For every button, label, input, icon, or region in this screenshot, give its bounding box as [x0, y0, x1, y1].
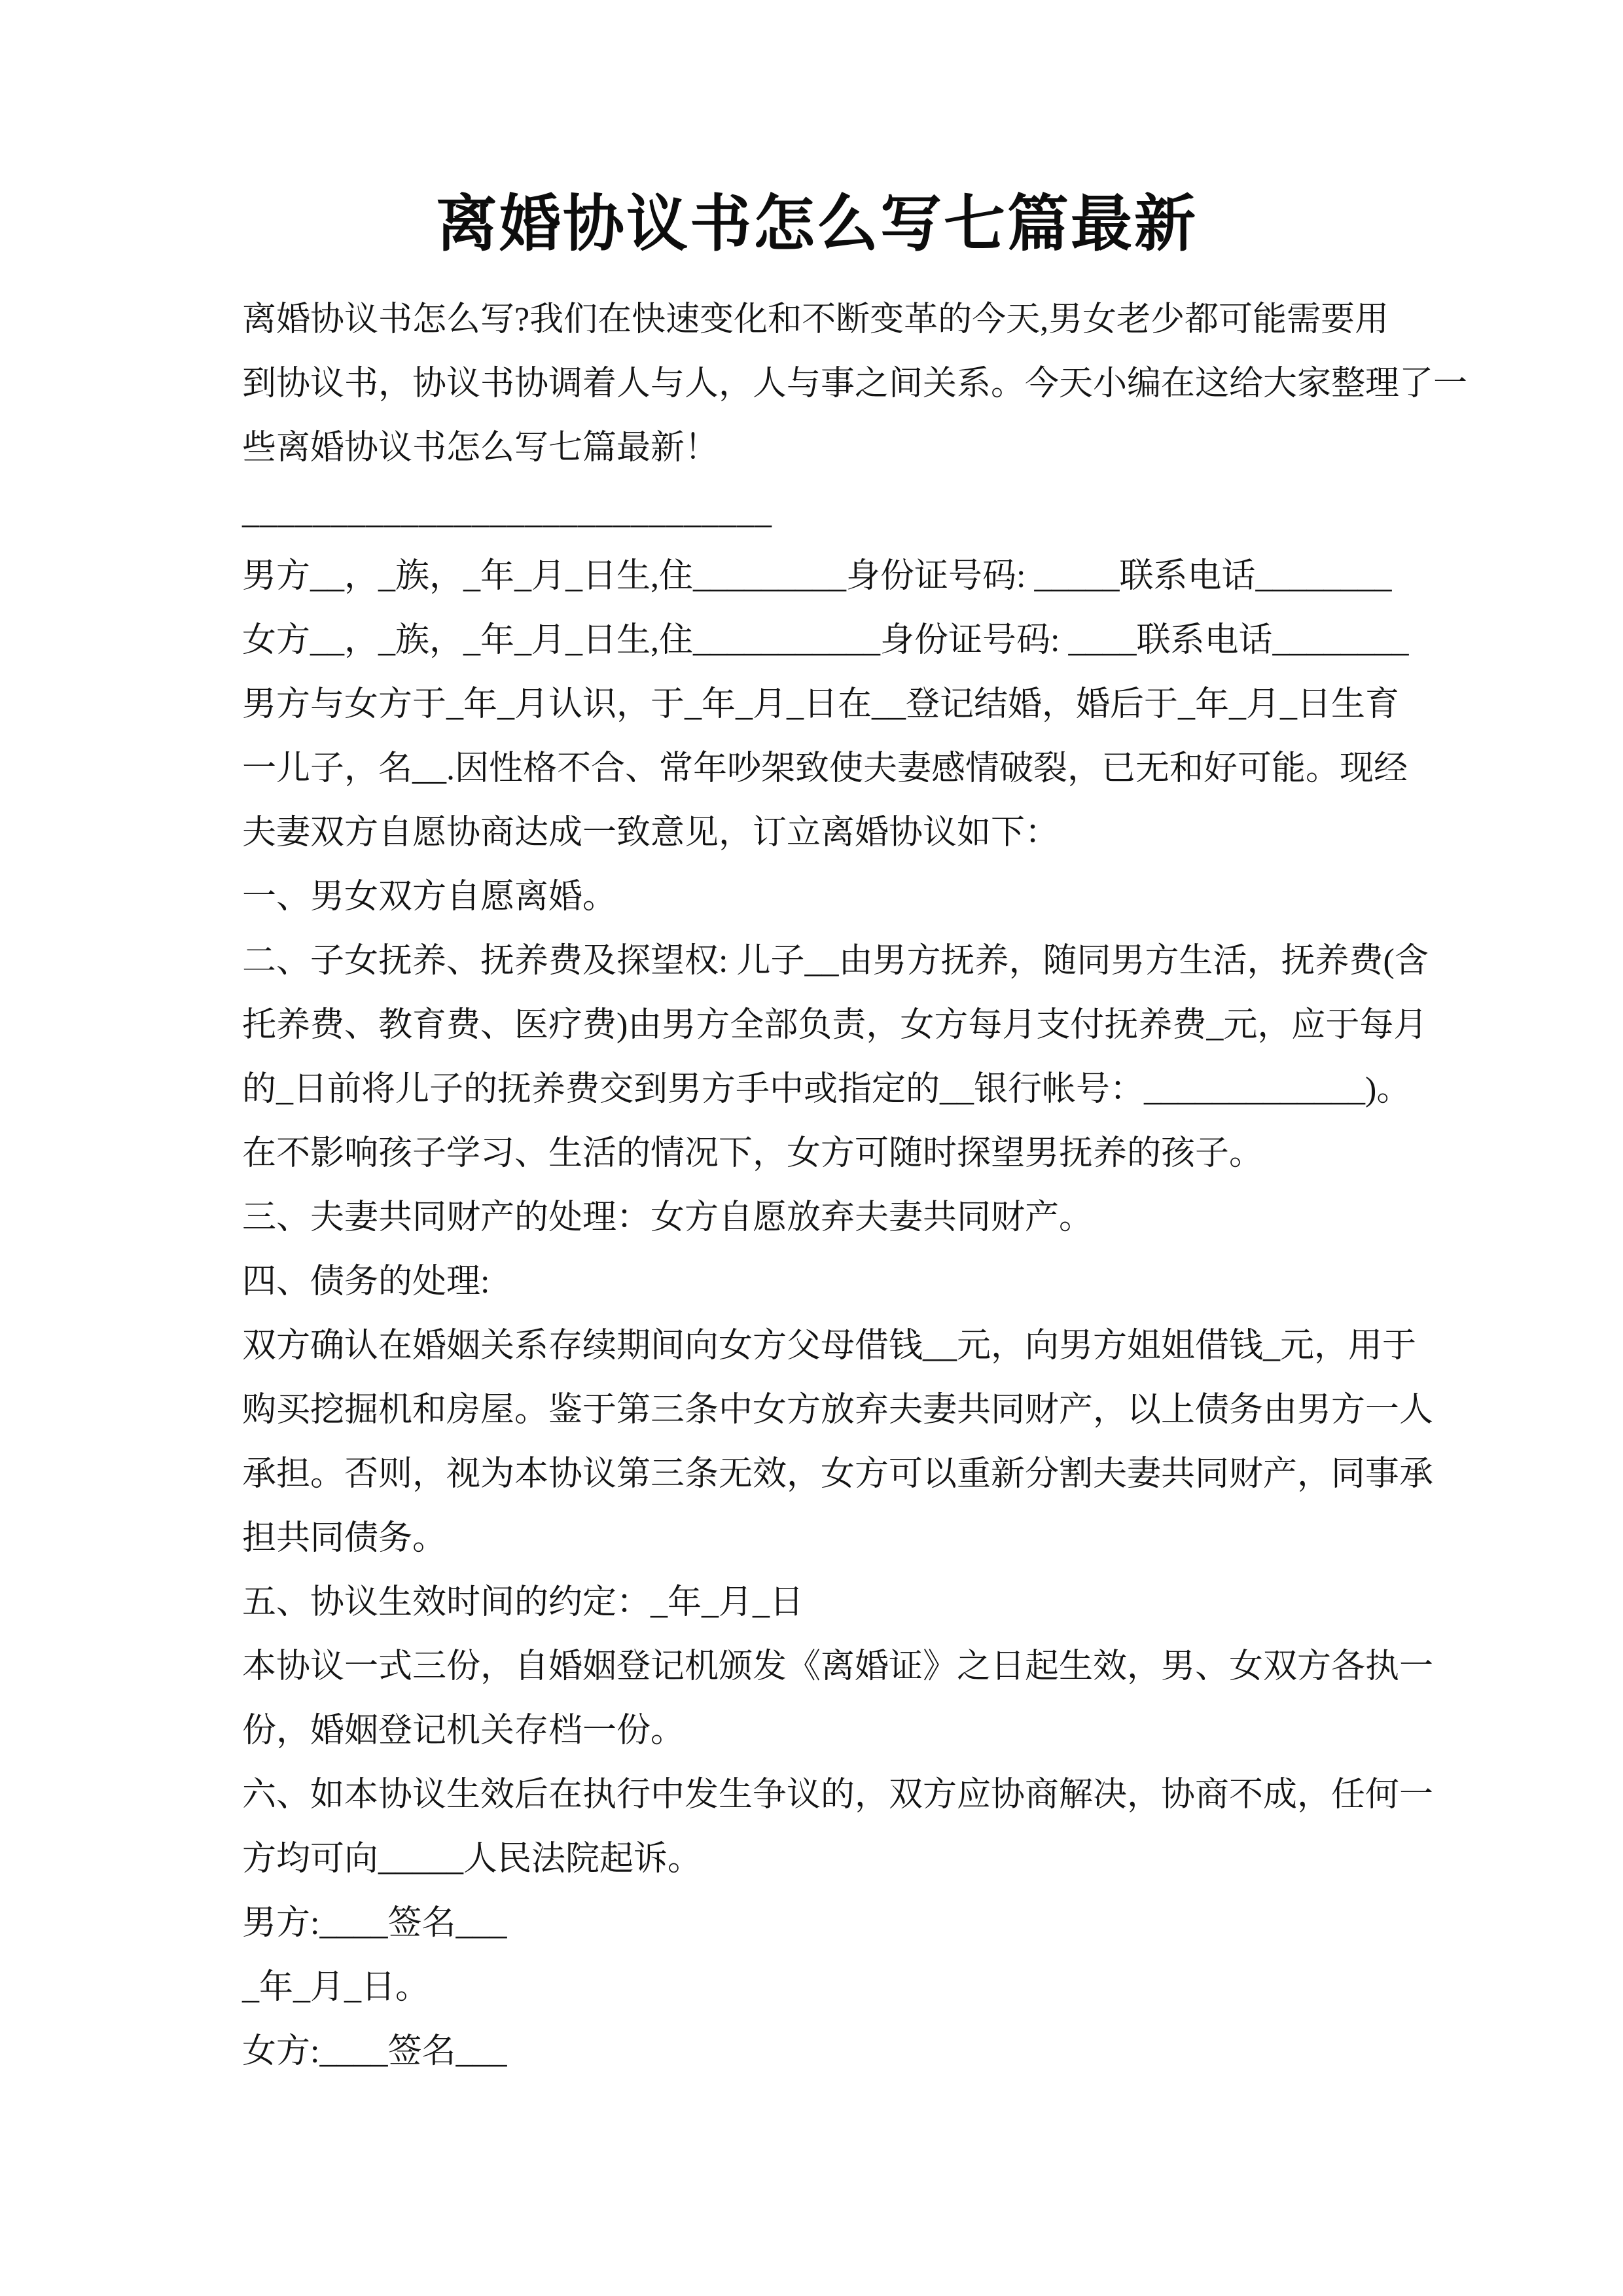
clause-4-heading-line: 四、债务的处理:	[242, 1250, 1391, 1314]
clause-3-line: 三、夫妻共同财产的处理：女方自愿放弃夫妻共同财产。	[242, 1186, 1391, 1250]
clause-2-line-1: 二、子女抚养、抚养费及探望权: 儿子__由男方抚养，随同男方生活，抚养费(含	[242, 929, 1391, 994]
paragraph-intro-line-2: 到协议书，协议书协调着人与人，人与事之间关系。今天小编在这给大家整理了一	[242, 352, 1391, 416]
copies-line-1: 本协议一式三份，自婚姻登记机颁发《离婚证》之日起生效，男、女双方各执一	[242, 1635, 1391, 1699]
document-page: 离婚协议书怎么写七篇最新 离婚协议书怎么写?我们在快速变化和不断变革的今天,男女…	[0, 0, 1623, 2296]
wife-signature-line: 女方:____签名___	[242, 2020, 1391, 2084]
paragraph-intro-line-3: 些离婚协议书怎么写七篇最新！	[242, 416, 1391, 480]
clause-2-line-4: 在不影响孩子学习、生活的情况下，女方可随时探望男抚养的孩子。	[242, 1122, 1391, 1186]
clause-4-line-3: 承担。否则，视为本协议第三条无效，女方可以重新分割夫妻共同财产，同事承	[242, 1443, 1391, 1507]
date-line: _年_月_日。	[242, 1956, 1391, 2020]
clause-6-line-1: 六、如本协议生效后在执行中发生争议的，双方应协商解决，协商不成，任何一	[242, 1763, 1391, 1827]
husband-signature-line: 男方:____签名___	[242, 1892, 1391, 1956]
marriage-history-line-1: 男方与女方于_年_月认识，于_年_月_日在__登记结婚，婚后于_年_月_日生育	[242, 673, 1391, 737]
wife-info-line: 女方__，_族，_年_月_日生,住___________身份证号码: ____联…	[242, 609, 1391, 673]
marriage-history-line-2: 一儿子，名__.因性格不合、常年吵架致使夫妻感情破裂，已无和好可能。现经	[242, 737, 1391, 801]
copies-line-2: 份，婚姻登记机关存档一份。	[242, 1699, 1391, 1763]
clause-4-line-4: 担共同债务。	[242, 1507, 1391, 1571]
marriage-history-line-3: 夫妻双方自愿协商达成一致意见，订立离婚协议如下：	[242, 801, 1391, 865]
document-content: 离婚协议书怎么写七篇最新 离婚协议书怎么写?我们在快速变化和不断变革的今天,男女…	[242, 181, 1391, 2084]
clause-6-line-2: 方均可向_____人民法院起诉。	[242, 1827, 1391, 1892]
paragraph-intro-line-1: 离婚协议书怎么写?我们在快速变化和不断变革的今天,男女老少都可能需要用	[242, 288, 1391, 352]
clause-1-line: 一、男女双方自愿离婚。	[242, 865, 1391, 929]
husband-info-line: 男方__，_族，_年_月_日生,住_________身份证号码: _____联系…	[242, 545, 1391, 609]
clause-4-line-1: 双方确认在婚姻关系存续期间向女方父母借钱__元，向男方姐姐借钱_元，用于	[242, 1314, 1391, 1378]
clause-2-line-2: 托养费、教育费、医疗费)由男方全部负责，女方每月支付抚养费_元，应于每月	[242, 994, 1391, 1058]
document-body: 离婚协议书怎么写?我们在快速变化和不断变革的今天,男女老少都可能需要用 到协议书…	[242, 288, 1391, 2084]
clause-4-line-2: 购买挖掘机和房屋。鉴于第三条中女方放弃夫妻共同财产，以上债务由男方一人	[242, 1378, 1391, 1443]
document-title: 离婚协议书怎么写七篇最新	[242, 181, 1391, 268]
clause-5-line: 五、协议生效时间的约定：_年_月_日	[242, 1571, 1391, 1635]
separator-underscore-line: ______________________________	[242, 480, 1391, 545]
clause-2-line-3: 的_日前将儿子的抚养费交到男方手中或指定的__银行帐号：____________…	[242, 1058, 1391, 1122]
